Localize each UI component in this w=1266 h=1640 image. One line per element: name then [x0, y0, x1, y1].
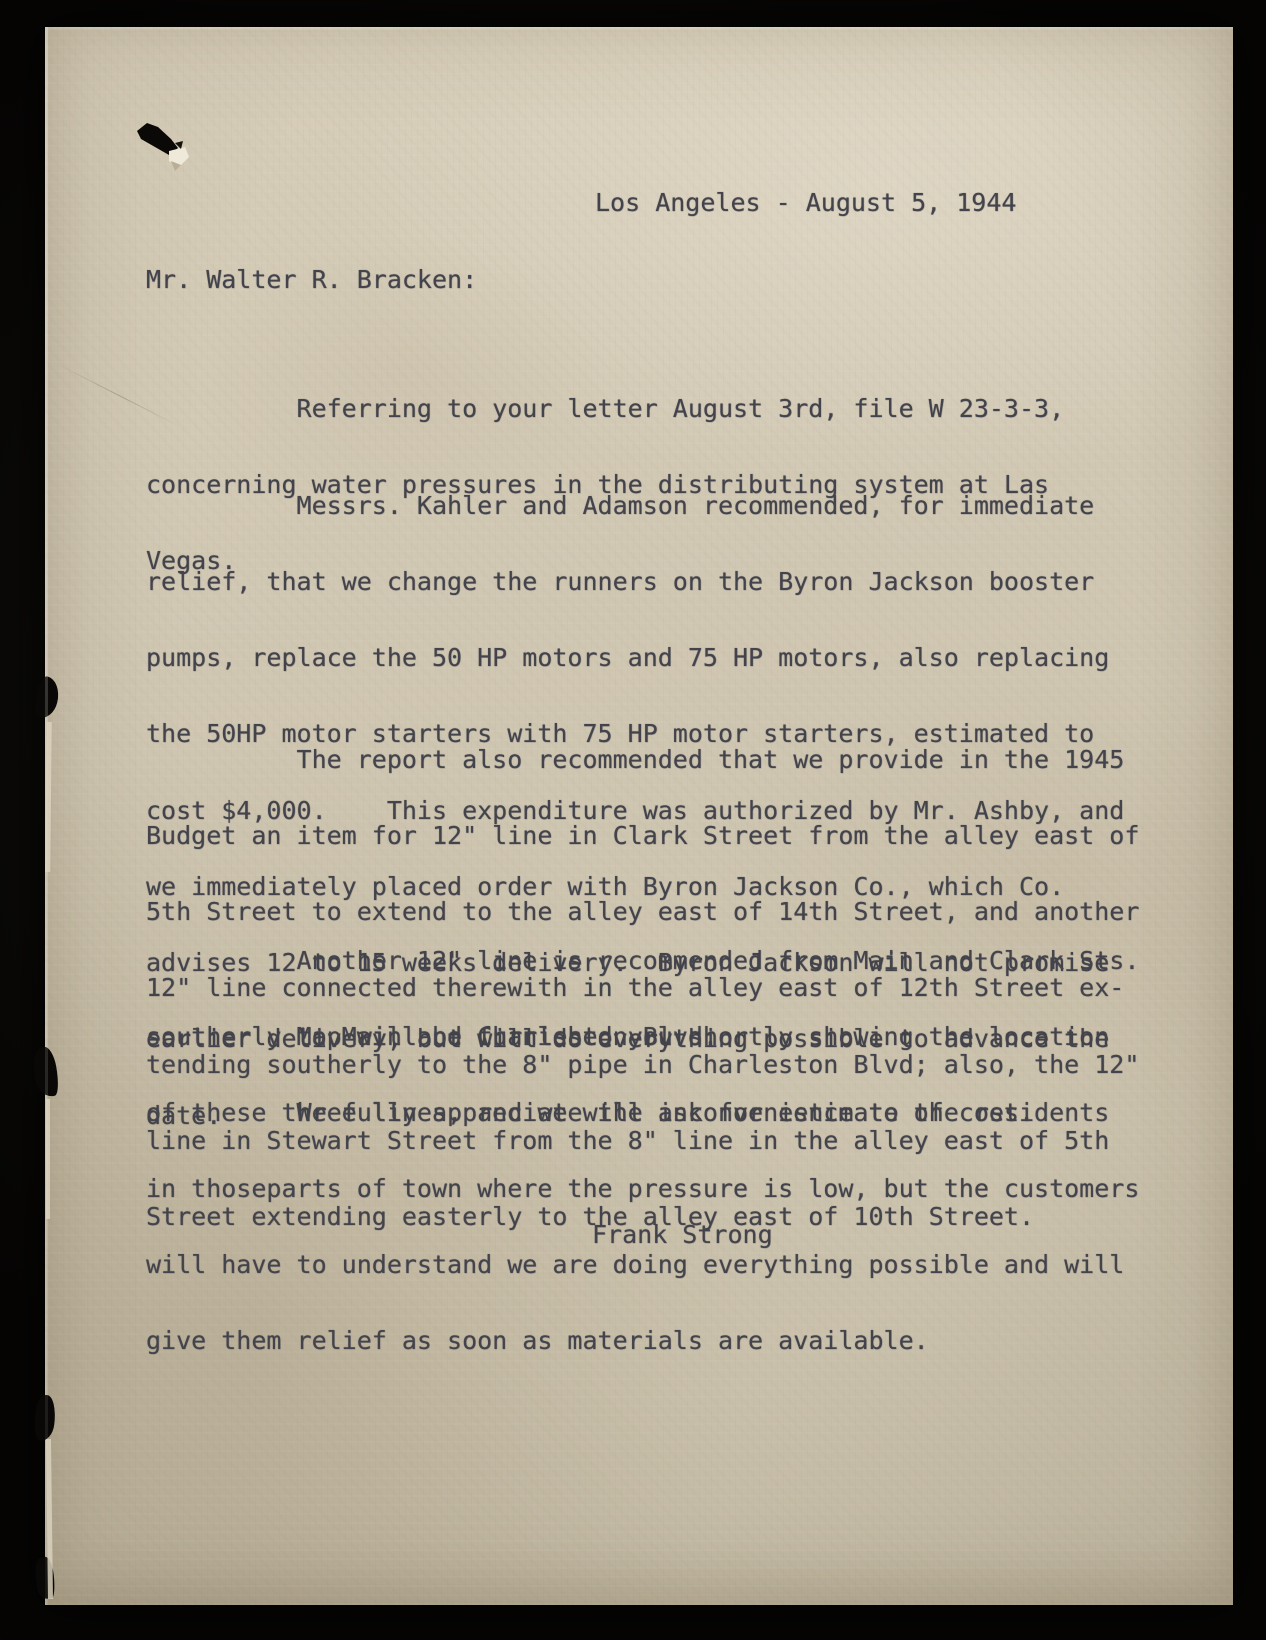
letter-line: Messrs. Kahler and Adamson recommended, …: [146, 493, 1124, 518]
paper-edge-chip-1: [45, 722, 52, 872]
letter-line: Another 12" line is recommended from Mai…: [146, 948, 1139, 973]
date-line: Los Angeles - August 5, 1944: [595, 190, 1016, 215]
letter-line: Map will be furnished you shortly showin…: [146, 1024, 1109, 1049]
paper-edge-chip-3: [46, 1439, 53, 1599]
letter-paper: Los Angeles - August 5, 1944 Mr. Walter …: [45, 27, 1233, 1605]
letter-line: The report also recommended that we prov…: [146, 747, 1139, 772]
signature-name: Frank Strong: [592, 1222, 773, 1247]
letter-line: Referring to your letter August 3rd, fil…: [146, 396, 1064, 421]
salutation: Mr. Walter R. Bracken:: [146, 267, 477, 292]
letter-line: relief, that we change the runners on th…: [146, 569, 1124, 594]
staple-hole-mark: [131, 117, 203, 181]
paper-edge-chip-2: [46, 1099, 50, 1219]
letter-line: pumps, replace the 50 HP motors and 75 H…: [146, 645, 1124, 670]
letter-line: We fully appreciate the inconvenience to…: [146, 1100, 1139, 1125]
letter-line: Budget an item for 12" line in Clark Str…: [146, 823, 1139, 848]
letter-line: give them relief as soon as materials ar…: [146, 1328, 1139, 1353]
letter-line: in thoseparts of town where the pressure…: [146, 1176, 1139, 1201]
letter-line: will have to understand we are doing eve…: [146, 1252, 1139, 1277]
photo-backdrop: Los Angeles - August 5, 1944 Mr. Walter …: [0, 0, 1266, 1640]
